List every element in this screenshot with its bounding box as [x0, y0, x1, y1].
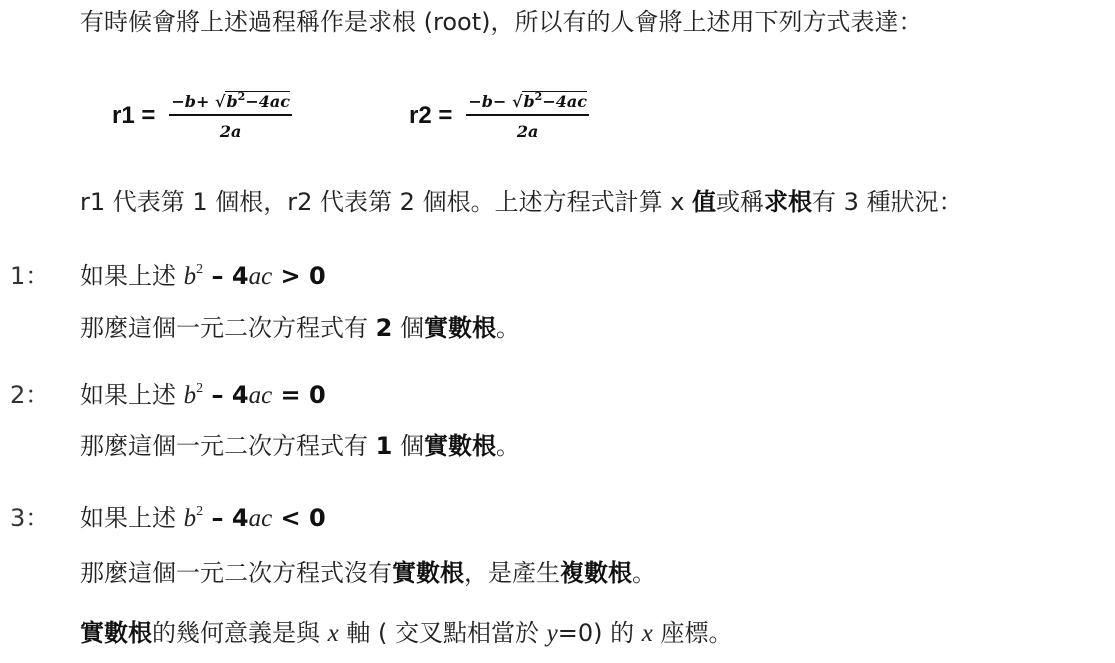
formula-r1-fraction: −b+ √b2−4ac 2a [169, 90, 292, 141]
intro-text: 有時候會將上述過程稱作是求根 (root)，所以有的人會將上述用下列方式表達： [80, 8, 922, 36]
relation: > 0 [272, 262, 326, 290]
var-ac: ac [249, 505, 273, 532]
formula-r2: r2 = −b− √b2−4ac 2a [409, 90, 589, 141]
case-3-result: 那麼這個一元二次方程式沒有實數根，是產生複數根。 [80, 556, 656, 590]
case-number: 3： [10, 501, 80, 535]
case-2-condition: 2：如果上述 b2 – 4ac = 0 [10, 372, 326, 413]
result-text: 那麼這個一元二次方程式有 [80, 314, 376, 342]
result-text: 。 [632, 559, 656, 587]
real-root-term: 實數根 [392, 559, 464, 587]
formula-r2-lhs: r2 = [409, 102, 452, 130]
condition-text: 如果上述 [80, 504, 184, 532]
formula-r2-fraction: −b− √b2−4ac 2a [466, 90, 589, 141]
var-b: b [184, 263, 197, 290]
intro-paragraph: 有時候會將上述過程稱作是求根 (root)，所以有的人會將上述用下列方式表達： [80, 5, 922, 39]
relation: = 0 [272, 381, 326, 409]
var-b: b [184, 505, 197, 532]
formula-r2-denominator: 2a [517, 116, 539, 141]
formula-r1: r1 = −b+ √b2−4ac 2a [112, 90, 292, 141]
geometry-paragraph: 實數根的幾何意義是與 x 軸 ( 交叉點相當於 y=0) 的 x 座標。 [80, 616, 733, 651]
formula-r1-prefix: −b+ [171, 92, 215, 111]
var-x: x [642, 620, 653, 647]
relation: < 0 [272, 504, 326, 532]
result-text: 個 [392, 432, 424, 460]
explain-text: 或稱 [716, 188, 764, 216]
radicand-rest: −4ac [542, 92, 587, 111]
formula-r2-numerator: −b− √b2−4ac [466, 90, 589, 116]
var-b: b [226, 92, 237, 111]
case-1-result: 那麼這個一元二次方程式有 2 個實數根。 [80, 311, 520, 345]
formula-r1-denominator: 2a [220, 116, 242, 141]
sqrt-icon: √ [512, 92, 523, 111]
explain-text: r1 代表第 1 個根，r2 代表第 2 個根。上述方程式計算 x [80, 188, 692, 216]
case-number: 1： [10, 259, 80, 293]
var-ac: ac [249, 263, 273, 290]
formula-r1-radicand: b2−4ac [225, 91, 290, 111]
complex-root-term: 複數根 [560, 559, 632, 587]
case-3-condition: 3：如果上述 b2 – 4ac < 0 [10, 495, 326, 536]
condition-text: 如果上述 [80, 381, 184, 409]
formula-r1-lhs: r1 = [112, 102, 155, 130]
result-text: 。 [496, 432, 520, 460]
case-2-result: 那麼這個一元二次方程式有 1 個實數根。 [80, 429, 520, 463]
case-number: 2： [10, 378, 80, 412]
formula-r2-prefix: −b− [468, 92, 512, 111]
geometry-text: 座標。 [653, 619, 733, 647]
minus-four: – 4 [203, 262, 248, 290]
denominator-text: 2a [517, 122, 539, 141]
geometry-text: =0) 的 [558, 619, 642, 647]
real-root-term: 實數根 [424, 432, 496, 460]
formula-r1-numerator: −b+ √b2−4ac [169, 90, 292, 116]
var-x: x [328, 620, 339, 647]
result-text: 那麼這個一元二次方程式沒有 [80, 559, 392, 587]
real-root-term: 實數根 [80, 619, 152, 647]
explain-text: 有 3 種狀況： [812, 188, 963, 216]
result-text: 個 [392, 314, 424, 342]
formula-r2-radicand: b2−4ac [522, 91, 587, 111]
real-root-term: 實數根 [424, 314, 496, 342]
var-b: b [523, 92, 534, 111]
root-count: 1 [376, 432, 393, 460]
var-b: b [184, 382, 197, 409]
geometry-text: 軸 ( 交叉點相當於 [339, 619, 547, 647]
explain-bold-root: 求根 [764, 188, 812, 216]
denominator-text: 2a [220, 122, 242, 141]
minus-four: – 4 [203, 381, 248, 409]
condition-text: 如果上述 [80, 262, 184, 290]
minus-four: – 4 [203, 504, 248, 532]
geometry-text: 的幾何意義是與 [152, 619, 328, 647]
explain-bold-value: 值 [692, 188, 716, 216]
var-ac: ac [249, 382, 273, 409]
case-1-condition: 1：如果上述 b2 – 4ac > 0 [10, 253, 326, 294]
var-y: y [547, 620, 558, 647]
radicand-rest: −4ac [245, 92, 290, 111]
explain-paragraph: r1 代表第 1 個根，r2 代表第 2 個根。上述方程式計算 x 值或稱求根有… [80, 185, 963, 219]
sqrt-icon: √ [215, 92, 226, 111]
result-text: ，是產生 [464, 559, 560, 587]
result-text: 那麼這個一元二次方程式有 [80, 432, 376, 460]
result-text: 。 [496, 314, 520, 342]
root-count: 2 [376, 314, 393, 342]
